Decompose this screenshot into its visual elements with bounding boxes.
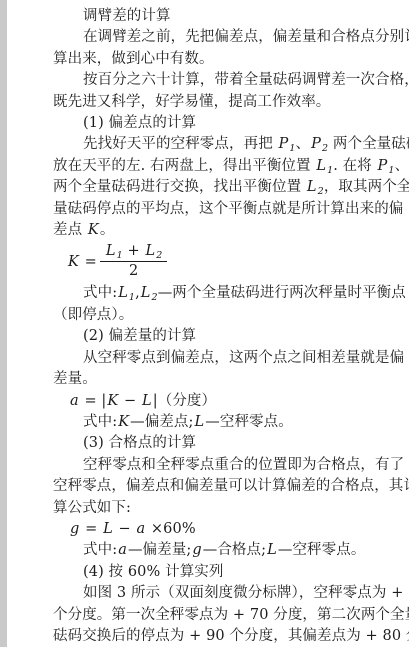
text-line: 从空秤零点到偏差点，这两个点之间相差量就是偏 (53, 348, 399, 369)
text-line: 既先进又科学，好学易懂，提高工作效率。 (53, 92, 399, 113)
section-heading: (2) 偏差量的计算 (53, 326, 399, 347)
page-title: 调臂差的计算 (53, 6, 399, 27)
formula-line: a = |K − L|（分度） (53, 391, 399, 412)
section-heading: (4) 按 60% 计算实列 (53, 562, 399, 583)
section-heading: (1) 偏差点的计算 (53, 113, 399, 134)
text-line: 空秤零点和全秤零点重合的位置即为合格点，有了 (53, 455, 399, 476)
fraction-box: L1 + L22 (100, 243, 167, 279)
text-line: 量砝码停点的平均点，这个平衡点就是所计算出来的偏 (53, 199, 399, 220)
text-line: 先找好天平的空秤零点，再把 P1、P2 两个全量砝码 (53, 134, 399, 155)
fraction-numerator: L1 + L2 (100, 243, 167, 262)
text-line: 按百分之六十计算，带着全量砝码调臂差一次合格， (53, 70, 399, 91)
fraction-denominator: 2 (129, 262, 138, 280)
text-line: 放在天平的左. 右两盘上，得出平衡位置 L1. 在将 P1、P2 (53, 156, 399, 177)
text-line: 个分度。第一次全秤零点为 + 70 分度，第二次两个全量 (53, 605, 399, 626)
text-line: 式中:L1,L2—两个全量砝码进行两次秤量时平衡点 (53, 283, 399, 304)
fraction-lhs: K = (67, 252, 97, 273)
text-line: 如图 3 所示（双面刻度微分标牌），空秤零点为 + 10 (53, 583, 399, 604)
text-line: 差量。 (53, 369, 399, 390)
formula-fraction: K = L1 + L22 (53, 241, 399, 283)
formula-line: g = L − a ×60% (53, 519, 399, 540)
text-line: 式中:K—偏差点;L—空秤零点。 (53, 412, 399, 433)
document-body: 调臂差的计算在调臂差之前，先把偏差点，偏差量和合格点分别计算出来，做到心中有数。… (53, 6, 399, 647)
section-heading: (3) 合格点的计算 (53, 433, 399, 454)
text-line: 式中:a—偏差量;g—合格点;L—空秤零点。 (53, 540, 399, 561)
document-page: 调臂差的计算在调臂差之前，先把偏差点，偏差量和合格点分别计算出来，做到心中有数。… (7, 0, 409, 647)
text-line: （即停点）。 (53, 305, 399, 326)
text-line: 算出来，做到心中有数。 (53, 49, 399, 70)
scan-edge-left-strip (0, 0, 7, 647)
text-line: 两个全量砝码进行交换，找出平衡位置 L2，取其两个全 (53, 177, 399, 198)
text-line: 算公式如下: (53, 498, 399, 519)
text-line: 空秤零点，偏差点和偏差量可以计算偏差的合格点，其计 (53, 476, 399, 497)
text-line: 差点 K。 (53, 220, 399, 241)
text-line: 砝码交换后的停点为 + 90 个分度，其偏差点为 + 80 分 (53, 626, 399, 647)
text-line: 在调臂差之前，先把偏差点，偏差量和合格点分别计 (53, 27, 399, 48)
